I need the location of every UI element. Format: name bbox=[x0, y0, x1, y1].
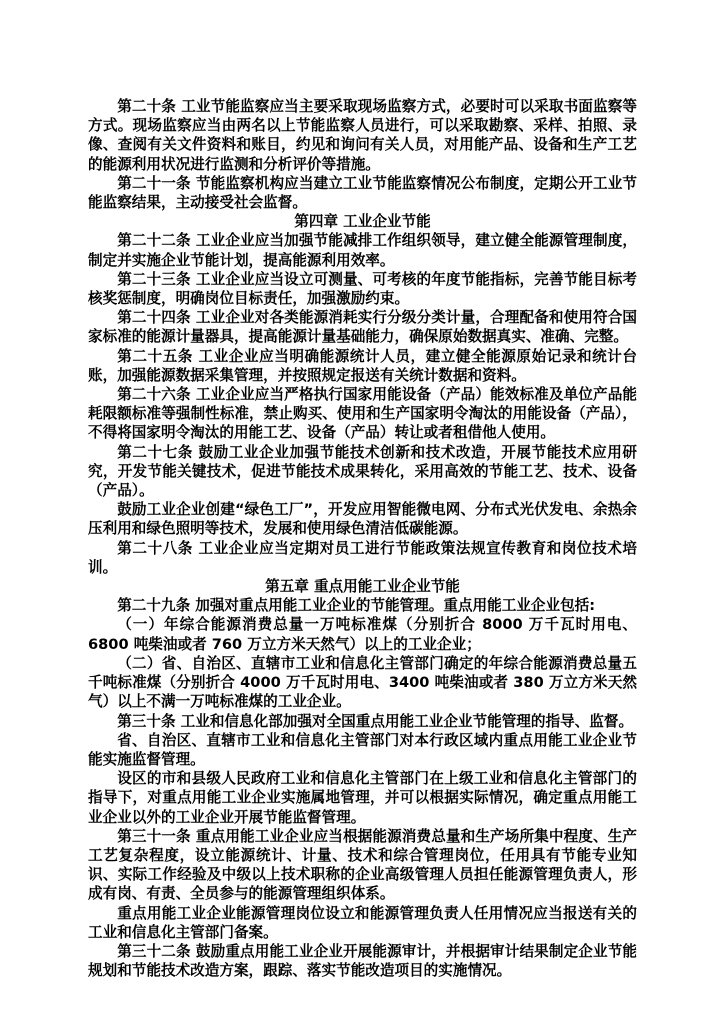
document-page: 第二十条 工业节能监察应当主要采取现场监察方式，必要时可以采取书面监察等方式。现… bbox=[0, 0, 724, 1024]
chapter-heading: 第五章 重点用能工业企业节能 bbox=[88, 577, 637, 596]
document-body: 第二十条 工业节能监察应当主要采取现场监察方式，必要时可以采取书面监察等方式。现… bbox=[88, 97, 637, 980]
chapter-heading: 第四章 工业企业节能 bbox=[88, 212, 637, 231]
article-paragraph: 第三十二条 鼓励重点用能工业企业开展能源审计，并根据审计结果制定企业节能规划和节… bbox=[88, 942, 637, 980]
article-paragraph: 第二十五条 工业企业应当明确能源统计人员，建立健全能源原始记录和统计台账，加强能… bbox=[88, 347, 637, 385]
article-paragraph: 第二十三条 工业企业应当设立可测量、可考核的年度节能指标，完善节能目标考核奖惩制… bbox=[88, 270, 637, 308]
article-paragraph: （一）年综合能源消费总量一万吨标准煤（分别折合 8000 万千瓦时用电、6800… bbox=[88, 615, 637, 653]
article-paragraph: 第二十一条 节能监察机构应当建立工业节能监察情况公布制度，定期公开工业节能监察结… bbox=[88, 174, 637, 212]
article-paragraph: 省、自治区、直辖市工业和信息化主管部门对本行政区域内重点用能工业企业节能实施监督… bbox=[88, 731, 637, 769]
article-paragraph: 第三十条 工业和信息化部加强对全国重点用能工业企业节能管理的指导、监督。 bbox=[88, 712, 637, 731]
article-paragraph: 重点用能工业企业能源管理岗位设立和能源管理负责人任用情况应当报送有关的工业和信息… bbox=[88, 904, 637, 942]
article-paragraph: 第二十六条 工业企业应当严格执行国家用能设备（产品）能效标准及单位产品能耗限额标… bbox=[88, 385, 637, 443]
article-paragraph: 设区的市和县级人民政府工业和信息化主管部门在上级工业和信息化主管部门的指导下，对… bbox=[88, 769, 637, 827]
article-paragraph: 第三十一条 重点用能工业企业应当根据能源消费总量和生产场所集中程度、生产工艺复杂… bbox=[88, 827, 637, 904]
article-paragraph: 第二十四条 工业企业对各类能源消耗实行分级分类计量，合理配备和使用符合国家标准的… bbox=[88, 308, 637, 346]
article-paragraph: 第二十九条 加强对重点用能工业企业的节能管理。重点用能工业企业包括: bbox=[88, 596, 637, 615]
article-paragraph: 第二十二条 工业企业应当加强节能减排工作组织领导，建立健全能源管理制度，制定并实… bbox=[88, 231, 637, 269]
article-paragraph: 鼓励工业企业创建“绿色工厂”，开发应用智能微电网、分布式光伏发电、余热余压利用和… bbox=[88, 500, 637, 538]
article-paragraph: 第二十七条 鼓励工业企业加强节能技术创新和技术改造，开展节能技术应用研究，开发节… bbox=[88, 443, 637, 501]
article-paragraph: 第二十八条 工业企业应当定期对员工进行节能政策法规宣传教育和岗位技术培训。 bbox=[88, 539, 637, 577]
article-paragraph: 第二十条 工业节能监察应当主要采取现场监察方式，必要时可以采取书面监察等方式。现… bbox=[88, 97, 637, 174]
article-paragraph: （二）省、自治区、直辖市工业和信息化主管部门确定的年综合能源消费总量五千吨标准煤… bbox=[88, 654, 637, 712]
